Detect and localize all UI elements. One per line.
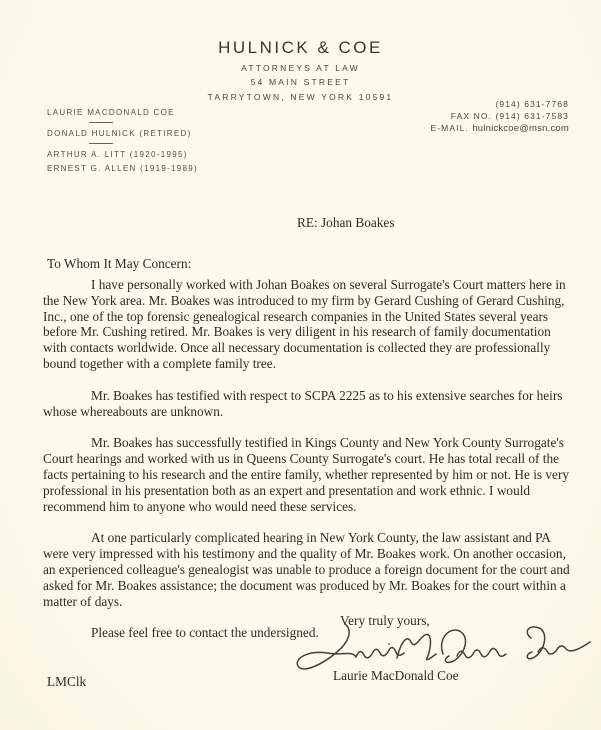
paragraph: Mr. Boakes has testified with respect to… <box>43 388 573 420</box>
re-line: RE: Johan Boakes <box>297 215 395 231</box>
divider <box>89 122 113 123</box>
firm-name: HULNICK & COE <box>0 38 601 58</box>
attorney-name: DONALD HULNICK (RETIRED) <box>47 129 198 138</box>
firm-address-street: 54 MAIN STREET <box>0 77 601 87</box>
firm-subtitle: ATTORNEYS AT LAW <box>0 63 601 73</box>
phone-number: (914) 631-7768 <box>430 98 569 110</box>
contact-info: (914) 631-7768 FAX NO. (914) 631-7583 E-… <box>430 98 569 135</box>
salutation: To Whom It May Concern: <box>47 256 191 272</box>
attorney-name: LAURIE MACDONALD COE <box>47 108 198 117</box>
typed-signature-name: Laurie MacDonald Coe <box>333 668 459 684</box>
attorney-name: ERNEST G. ALLEN (1919-1989) <box>47 164 198 173</box>
divider <box>89 143 113 144</box>
fax-number: FAX NO. (914) 631-7583 <box>430 110 569 122</box>
paragraph: Mr. Boakes has successfully testified in… <box>43 435 573 514</box>
letterhead: HULNICK & COE ATTORNEYS AT LAW 54 MAIN S… <box>0 38 601 102</box>
attorney-list: LAURIE MACDONALD COE DONALD HULNICK (RET… <box>47 108 198 178</box>
reference-initials: LMClk <box>47 674 86 690</box>
email-address: hulnickcoe@msn.com <box>472 123 569 134</box>
paragraph: At one particularly complicated hearing … <box>43 530 573 609</box>
letter-page: HULNICK & COE ATTORNEYS AT LAW 54 MAIN S… <box>0 0 601 730</box>
paragraph: I have personally worked with Johan Boak… <box>43 277 573 372</box>
email-label: E-MAIL. <box>430 123 468 133</box>
attorney-name: ARTHUR A. LITT (1920-1995) <box>47 150 198 159</box>
letter-body: I have personally worked with Johan Boak… <box>43 277 573 657</box>
email-line: E-MAIL. hulnickcoe@msn.com <box>430 122 569 135</box>
